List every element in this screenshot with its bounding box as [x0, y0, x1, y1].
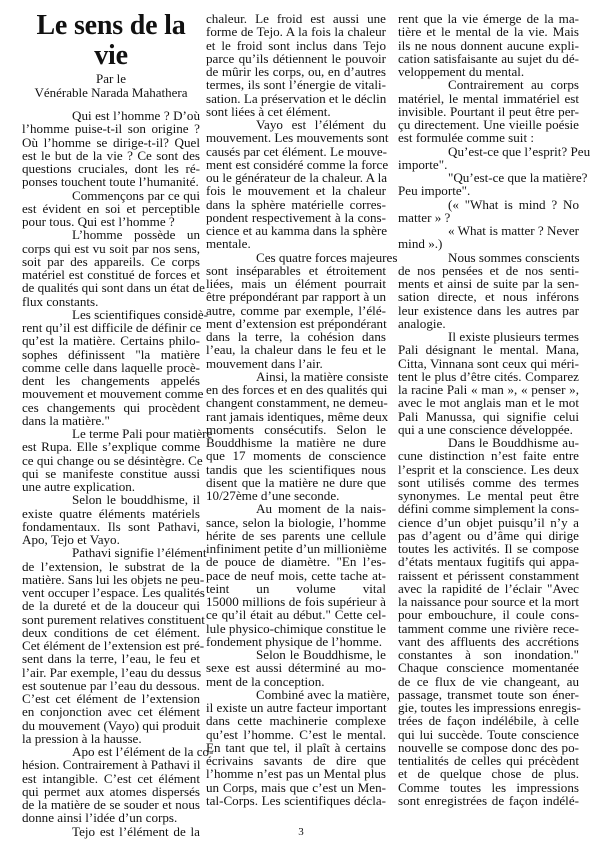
- text-line: sont inséparables et étroitement: [206, 264, 386, 277]
- text-line: qu’est l’homme. C’est le mental.: [206, 728, 386, 741]
- text-line: ment de la conception.: [206, 675, 386, 688]
- text-line: Le terme Pali pour matière: [22, 427, 200, 440]
- page-number: 3: [0, 826, 602, 838]
- text-line: Qui est l’homme ? D’où: [22, 109, 200, 122]
- text-line: pour embouchure, il coule cons-: [398, 608, 579, 621]
- column-3: rent que la vie émerge de la ma-tière et…: [398, 12, 579, 807]
- text-line: qui lui succède. Toute conscience: [398, 728, 579, 741]
- text-line: sation directe, et nous inférons: [398, 290, 579, 303]
- text-line: Selon le bouddhisme, il: [22, 493, 200, 506]
- text-line: synonymes. Le mental peut être: [398, 489, 579, 502]
- text-line: Pali désignant le mental. Mana,: [398, 343, 579, 356]
- text-line: rent qu’il est difficile de définir ce: [22, 321, 200, 334]
- text-line: "Qu’est-ce que la matière?: [398, 171, 579, 184]
- text-line: raissent et périssent constamment: [398, 569, 579, 582]
- text-line: de nos pensées et de nos senti-: [398, 264, 579, 277]
- text-line: Contrairement au corps: [398, 78, 579, 91]
- text-line: est évident en soi et perceptible: [22, 202, 200, 215]
- text-line: ou le générateur de la chaleur. A la: [206, 171, 386, 184]
- text-line: de pouce de diamètre. "En l’es-: [206, 555, 386, 568]
- text-line: dans la matière.": [22, 414, 200, 427]
- text-line: Vayo est l’élément du: [206, 118, 386, 131]
- text-line: un Corps, mais que c’est un Men-: [206, 781, 386, 794]
- text-line: Pali Manussa, qui signifie celui: [398, 410, 579, 423]
- text-line: l’homme puise-t-il son origine ?: [22, 122, 200, 135]
- text-line: Commençons par ce qui: [22, 189, 200, 202]
- text-line: qui se manifeste constitue aussi: [22, 467, 200, 480]
- text-line: rent que la vie émerge de la ma-: [398, 12, 579, 25]
- text-line: la naissance pour source et la mort: [398, 595, 579, 608]
- text-line: vant des affluents des accrétions: [398, 635, 579, 648]
- text-line: lule physico-chimique constitue le: [206, 622, 386, 635]
- text-line: Selon le Bouddhisme, le: [206, 648, 386, 661]
- text-line: en conjonction avec cet élément: [22, 705, 200, 718]
- text-line: est le but de la vie ? Ce sont des: [22, 149, 200, 162]
- text-line: 10/27ème d’une seconde.: [206, 489, 386, 502]
- text-line: termes, ils sont l’énergie de vitali-: [206, 78, 386, 91]
- text-line: passage, transmet toute son éner-: [398, 688, 579, 701]
- text-line: C’est cet élément de l’extension: [22, 692, 200, 705]
- column-2: chaleur. Le froid est aussi uneforme de …: [206, 12, 386, 807]
- text-line: mind ».): [398, 237, 579, 250]
- text-line: comme celle dans laquelle procè-: [22, 361, 200, 374]
- text-line: mouvement. Les mouvements sont: [206, 131, 386, 144]
- text-line: Peu importe".: [398, 184, 579, 197]
- text-line: de la dureté et de la douceur qui: [22, 599, 200, 612]
- text-line: une autre explication.: [22, 480, 200, 493]
- text-line: çu directement. Une vieille poésie: [398, 118, 579, 131]
- text-line: de ce flux de vie changeant, au: [398, 675, 579, 688]
- text-line: Apo, Tejo et Vayo.: [22, 533, 200, 546]
- text-line: changent constamment, ne demeu-: [206, 396, 386, 409]
- text-line: causés par cet élément. Le mouve-: [206, 145, 386, 158]
- text-line: analogie.: [398, 317, 579, 330]
- column-3-text: rent que la vie émerge de la ma-tière et…: [398, 12, 579, 807]
- text-line: chaleur. Le froid est aussi une: [206, 12, 386, 25]
- text-line: gie, toutes les impressions enregis-: [398, 701, 579, 714]
- text-line: existe quatre éléments matériels: [22, 507, 200, 520]
- text-line: L’homme possède un: [22, 228, 200, 241]
- text-line: qui permet aux atomes dispersés: [22, 785, 200, 798]
- text-line: teint un volume vital: [206, 582, 386, 595]
- text-line: donne ainsi l’idée d’un corps.: [22, 811, 200, 824]
- text-line: questions cruciales, dont les ré-: [22, 162, 200, 175]
- text-line: En tant que tel, il plaît à certains: [206, 741, 386, 754]
- text-line: dent les changements appelés: [22, 374, 200, 387]
- text-line: moments consécutifs. Selon le: [206, 423, 386, 436]
- text-line: sont liées à cet élément.: [206, 105, 386, 118]
- text-line: Qu’est-ce que l’esprit? Peu: [398, 145, 579, 158]
- text-line: pace de neuf mois, cette tache at-: [206, 569, 386, 582]
- text-line: d’états mentaux fugitifs qui appa-: [398, 555, 579, 568]
- text-line: est formulée comme suit :: [398, 131, 579, 144]
- text-line: (« "What is mind ? No: [398, 198, 579, 211]
- text-line: cience d’un objet puisqu’il n’y a: [398, 516, 579, 529]
- text-line: Ces quatre forces majeures: [206, 251, 386, 264]
- text-line: hésion. Contrairement à Pathavi il: [22, 758, 200, 771]
- text-line: Nous sommes conscients: [398, 251, 579, 264]
- text-line: mentale.: [206, 237, 386, 250]
- text-line: 15000 millions de fois supérieur à: [206, 595, 386, 608]
- text-line: rant jamais identiques, même deux: [206, 410, 386, 423]
- text-line: avec le mot anglais man et le mot: [398, 396, 579, 409]
- text-line: Bouddhisme la matière ne dure: [206, 436, 386, 449]
- text-line: constantes à son inondation.": [398, 648, 579, 661]
- text-line: l’homme n’est pas un Mental plus: [206, 767, 386, 780]
- text-line: fondement physique de l’homme.: [206, 635, 386, 648]
- text-line: Les scientifiques considè-: [22, 308, 200, 321]
- text-line: dans la terre, la cohésion dans: [206, 330, 386, 343]
- text-line: pondent respectivement à la cons-: [206, 211, 386, 224]
- text-line: de qualités qui sont dans un état de: [22, 281, 200, 294]
- text-line: Combiné avec la matière,: [206, 688, 386, 701]
- text-line: mouvement et mouvement comme: [22, 387, 200, 400]
- text-line: sexe est aussi déterminé au mo-: [206, 661, 386, 674]
- text-line: tière et le mental de la vie. Mais: [398, 25, 579, 38]
- text-line: Apo est l’élément de la co-: [22, 745, 200, 758]
- text-line: en des forces et en des qualités qui: [206, 383, 386, 396]
- text-line: Chaque conscience momentanée: [398, 661, 579, 674]
- text-line: de l’extension, le substrat de la: [22, 560, 200, 573]
- text-line: qu’est la matière. Certains philo-: [22, 334, 200, 347]
- text-line: ments et ainsi de suite par la sen-: [398, 277, 579, 290]
- text-line: matter » ?: [398, 211, 579, 224]
- text-line: ce qui change ou se désintègre. Ce: [22, 454, 200, 467]
- column-2-text: chaleur. Le froid est aussi uneforme de …: [206, 12, 386, 807]
- text-line: importe".: [398, 158, 579, 171]
- text-line: autre, comme par exemple, l’élé-: [206, 304, 386, 317]
- text-line: la racine Pali « man », « penser »,: [398, 383, 579, 396]
- text-line: fois le mouvement et la chaleur: [206, 184, 386, 197]
- text-line: écrivains savants de dire que: [206, 754, 386, 767]
- text-line: trées de façon indélébile, à celle: [398, 714, 579, 727]
- text-line: avec la rapidité de l’éclair "Avec: [398, 582, 579, 595]
- text-line: fondamentaux. Ils sont Pathavi,: [22, 520, 200, 533]
- text-line: toutes les activités. Il se compose: [398, 542, 579, 555]
- text-line: nouvelle se compose donc des po-: [398, 741, 579, 754]
- text-line: invisible. Pourtant il peut être per-: [398, 105, 579, 118]
- text-line: sophes définissent "la matière: [22, 348, 200, 361]
- text-line: sont enregistrées de façon indélé-: [398, 794, 579, 807]
- text-line: tal-Corps. Les scientifiques décla-: [206, 794, 386, 807]
- text-line: parce qu’ils détiennent le pouvoir: [206, 52, 386, 65]
- text-line: Où l’homme se dirige-t-il? Quel: [22, 136, 200, 149]
- author-name: Vénérable Narada Mahathera: [22, 86, 200, 100]
- text-line: ces changements qui procèdent: [22, 401, 200, 414]
- article-title: Le sens de la vie: [22, 11, 200, 71]
- text-line: flux constants.: [22, 295, 200, 308]
- text-line: sance, selon la biologie, l’homme: [206, 516, 386, 529]
- text-line: Comme toutes les impressions: [398, 781, 579, 794]
- text-line: leur existence dans les autres par: [398, 304, 579, 317]
- text-line: du mouvement (Vayo) qui produit: [22, 719, 200, 732]
- text-line: mouvement dans l’air.: [206, 357, 386, 370]
- text-line: cation satisfaisante au sujet du dé-: [398, 52, 579, 65]
- text-line: ce qu’il était au début." Cette cel-: [206, 608, 386, 621]
- text-line: est intangible. C’est cet élément: [22, 772, 200, 785]
- text-line: l’esprit et la conscience. Les deux: [398, 463, 579, 476]
- column-1: Le sens de la vie Par le Vénérable Narad…: [22, 11, 200, 838]
- text-line: Il existe plusieurs termes: [398, 330, 579, 343]
- text-line: ponses touchent toute l’humanité.: [22, 175, 200, 188]
- text-line: ment d’extension est prépondérant: [206, 317, 386, 330]
- text-line: matière. Sans lui les objets ne peu-: [22, 573, 200, 586]
- text-line: la pression à la hausse.: [22, 732, 200, 745]
- text-line: qui a une conscience développée.: [398, 423, 579, 436]
- text-line: « What is matter ? Never: [398, 224, 579, 237]
- text-line: liées, mais un élément pourrait: [206, 277, 386, 290]
- text-line: sont utilisés comme des termes: [398, 476, 579, 489]
- text-line: défini comme simplement la cons-: [398, 502, 579, 515]
- text-line: tent le plus d’être cités. Comparez: [398, 370, 579, 383]
- text-line: pour tous. Qui est l’homme ?: [22, 215, 200, 228]
- text-line: matériel, le mental immatériel est: [398, 92, 579, 105]
- text-line: dans la sphère matérielle corres-: [206, 198, 386, 211]
- text-line: Au moment de la nais-: [206, 502, 386, 515]
- text-line: Pathavi signifie l’élément: [22, 546, 200, 559]
- text-line: sation. La préservation et le déclin: [206, 92, 386, 105]
- text-line: sent dans la terre, l’eau, le feu et: [22, 652, 200, 665]
- text-line: et le froid sont inclus dans Tejo: [206, 39, 386, 52]
- text-line: deux conditions de cet élément.: [22, 626, 200, 639]
- text-line: l’eau, la chaleur dans le feu et le: [206, 343, 386, 356]
- text-line: hérite de ses parents une cellule: [206, 529, 386, 542]
- text-line: ment est considéré comme la force: [206, 158, 386, 171]
- text-line: il existe un autre facteur important: [206, 701, 386, 714]
- text-line: de la matière de se souder et nous: [22, 798, 200, 811]
- text-line: veloppement du mental.: [398, 65, 579, 78]
- text-line: est soutenue par l’eau du dessous.: [22, 679, 200, 692]
- text-line: est Rupa. Elle s’explique comme: [22, 440, 200, 453]
- text-line: forme de Tejo. A la fois la chaleur: [206, 25, 386, 38]
- text-line: tamment comme une rivière rece-: [398, 622, 579, 635]
- text-line: soit par des appareils. Ce corps: [22, 255, 200, 268]
- column-1-text: Qui est l’homme ? D’oùl’homme puise-t-il…: [22, 109, 200, 838]
- text-line: disent que la matière ne dure que: [206, 476, 386, 489]
- text-line: que 17 moments de conscience: [206, 449, 386, 462]
- text-line: infiniment petite d’un millionième: [206, 542, 386, 555]
- text-line: Ainsi, la matière consiste: [206, 370, 386, 383]
- text-line: de mûrir les corps, ou, en d’autres: [206, 65, 386, 78]
- text-line: Cet élément de l’extension est pré-: [22, 639, 200, 652]
- text-line: et de quelque chose de plus.: [398, 767, 579, 780]
- text-line: matériel est constitué de forces et: [22, 268, 200, 281]
- text-line: corps qui est vu soit par nos sens,: [22, 242, 200, 255]
- text-line: vent occuper l’espace. Les qualités: [22, 586, 200, 599]
- text-line: dans cette machinerie complexe: [206, 714, 386, 727]
- text-line: sont purement relatives constituent: [22, 613, 200, 626]
- text-line: Citta, Vinnana sont ceux qui méri-: [398, 357, 579, 370]
- text-line: cune distinction n’est faite entre: [398, 449, 579, 462]
- text-line: cience et au kamma dans la sphère: [206, 224, 386, 237]
- text-line: être prépondérant par rapport à un: [206, 290, 386, 303]
- text-line: l’air. Par exemple, l’eau du dessus: [22, 666, 200, 679]
- text-line: pas d’agent ou d’âme qui dirige: [398, 529, 579, 542]
- byline-prefix: Par le: [22, 72, 200, 86]
- text-line: ils ne nous donnent aucune expli-: [398, 39, 579, 52]
- text-line: Dans le Bouddhisme au-: [398, 436, 579, 449]
- text-line: tentialités de celles qui précèdent: [398, 754, 579, 767]
- text-line: tandis que les scientifiques nous: [206, 463, 386, 476]
